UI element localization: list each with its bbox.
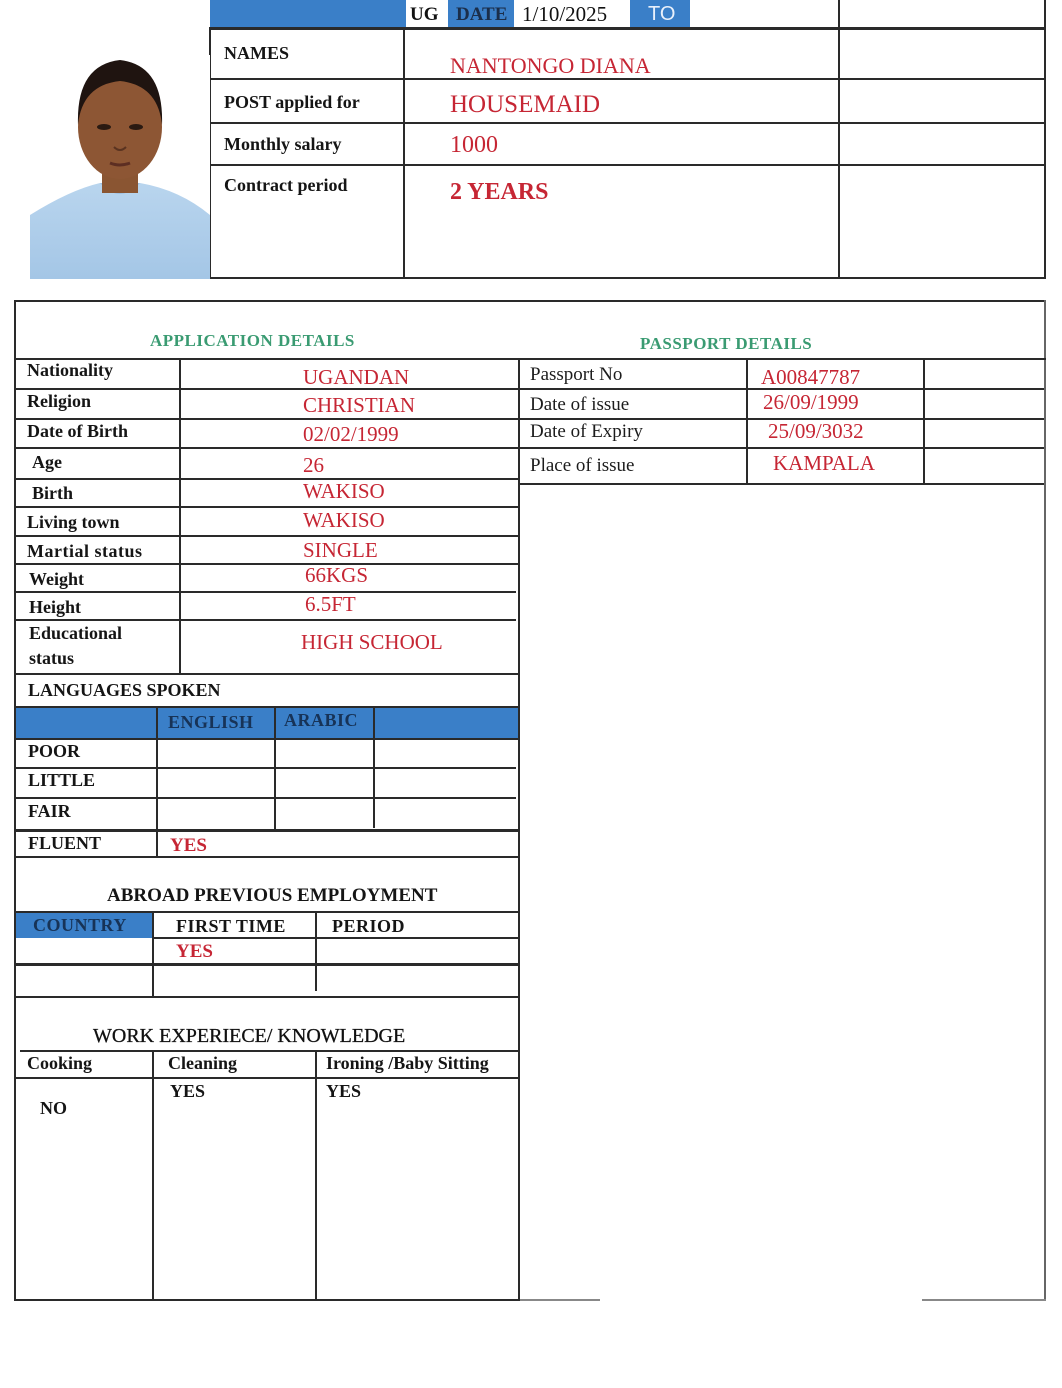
date-of-issue-label: Date of issue [530,394,629,416]
post-label: POST applied for [224,92,360,113]
height-value: 6.5FT [305,592,356,617]
level-poor: POOR [28,741,80,762]
nationality-label: Nationality [27,360,113,381]
birth-value: WAKISO [303,479,385,504]
names-label: NAMES [224,43,289,64]
date-of-expiry-value: 25/09/3032 [768,419,864,444]
experience-heading: WORK EXPERIECE/ KNOWLEDGE [93,1025,405,1048]
passport-details-heading: PASSPORT DETAILS [640,334,812,354]
educational-value: HIGH SCHOOL [301,630,443,655]
employment-col-country: COUNTRY [33,915,127,936]
fluent-english-value: YES [170,835,207,857]
experience-col-ironing: Ironing /Baby Sitting [326,1053,489,1074]
educational-status-label: status [29,648,74,669]
marital-status-label: Martial status [27,541,142,562]
contract-label: Contract period [224,175,347,196]
employment-col-period: PERIOD [332,916,405,937]
height-label: Height [29,597,81,618]
date-value: 1/10/2025 [522,2,607,27]
ironing-value: YES [326,1081,361,1102]
lang-col-arabic: ARABIC [284,710,358,731]
lang-col-english: ENGLISH [168,712,254,733]
employment-heading: ABROAD PREVIOUS EMPLOYMENT [107,885,437,907]
languages-heading: LANGUAGES SPOKEN [28,680,221,701]
application-details-heading: APPLICATION DETAILS [150,331,355,351]
level-fluent: FLUENT [28,833,101,854]
experience-col-cooking: Cooking [27,1053,92,1074]
to-label: TO [648,3,675,26]
salary-label: Monthly salary [224,134,342,155]
passport-no-value: A00847787 [761,365,860,390]
experience-col-cleaning: Cleaning [168,1053,237,1074]
person-portrait-icon [30,55,210,279]
names-value: NANTONGO DIANA [450,53,651,79]
weight-label: Weight [29,569,84,590]
weight-value: 66KGS [305,563,368,588]
religion-label: Religion [27,391,91,412]
cleaning-value: YES [170,1081,205,1102]
age-label: Age [32,452,62,473]
post-value: HOUSEMAID [450,91,600,119]
employment-col-first-time: FIRST TIME [176,916,286,937]
dob-value: 02/02/1999 [303,422,399,447]
place-of-issue-value: KAMPALA [773,451,875,476]
date-label: DATE [456,4,507,26]
passport-no-label: Passport No [530,364,622,386]
cooking-value: NO [40,1098,67,1119]
religion-value: CHRISTIAN [303,393,415,418]
date-of-issue-value: 26/09/1999 [763,390,859,415]
date-of-expiry-label: Date of Expiry [530,421,643,443]
salary-value: 1000 [450,132,498,159]
age-value: 26 [303,453,324,478]
marital-status-value: SINGLE [303,538,378,563]
birth-label: Birth [32,483,73,504]
contract-value: 2 YEARS [450,179,548,206]
first-time-value: YES [176,941,213,963]
educational-label: Educational [29,623,122,644]
level-fair: FAIR [28,801,71,822]
living-town-value: WAKISO [303,508,385,533]
level-little: LITTLE [28,770,95,791]
nationality-value: UGANDAN [303,365,409,390]
living-town-label: Living town [27,512,120,533]
country-code: UG [410,4,439,26]
place-of-issue-label: Place of issue [530,455,634,477]
dob-label: Date of Birth [27,421,128,442]
applicant-photo [30,55,210,279]
